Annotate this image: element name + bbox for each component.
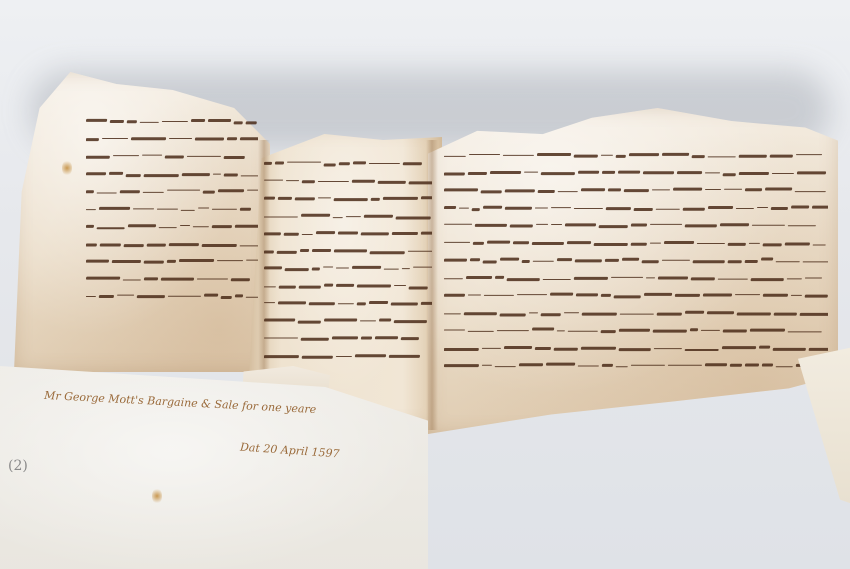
script-line: [444, 181, 828, 199]
script-line: [86, 287, 258, 305]
paper-sheet-edge: [798, 346, 850, 506]
script-line: [444, 304, 828, 322]
script-line: [444, 321, 828, 339]
docket-title: Mr George Mott's Bargaine & Sale for one…: [44, 389, 317, 416]
script-line: [264, 224, 432, 242]
script-line: [444, 146, 828, 164]
script-line: [444, 269, 828, 287]
script-line: [264, 242, 432, 260]
script-line: [444, 164, 828, 182]
script-line: [86, 112, 258, 130]
script-line: [264, 172, 432, 190]
docket-number: (2): [8, 458, 28, 474]
photograph: Mr George Mott's Bargaine & Sale for one…: [0, 0, 850, 569]
script-line: [86, 217, 258, 235]
script-line: [444, 339, 828, 357]
script-line: [86, 200, 258, 218]
script-line: [444, 251, 828, 269]
script-line: [264, 347, 432, 365]
script-line: [86, 182, 258, 200]
docket-date: Dat 20 April 1597: [240, 441, 340, 461]
script-line: [444, 234, 828, 252]
manuscript-text-left: [86, 112, 258, 305]
script-line: [86, 252, 258, 270]
script-line: [444, 356, 828, 374]
script-line: [264, 154, 432, 172]
ink-stain: [152, 488, 162, 504]
script-line: [264, 259, 432, 277]
script-line: [264, 329, 432, 347]
manuscript-text-right: [444, 146, 828, 374]
foxing-stain: [62, 160, 72, 176]
script-line: [86, 270, 258, 288]
script-line: [444, 286, 828, 304]
script-line: [264, 312, 432, 330]
script-line: [86, 165, 258, 183]
script-line: [444, 199, 828, 217]
script-line: [86, 130, 258, 148]
script-line: [444, 216, 828, 234]
script-line: [86, 235, 258, 253]
manuscript-text-middle: [264, 154, 432, 364]
script-line: [264, 277, 432, 295]
script-line: [264, 189, 432, 207]
script-line: [264, 207, 432, 225]
script-line: [264, 294, 432, 312]
script-line: [86, 147, 258, 165]
